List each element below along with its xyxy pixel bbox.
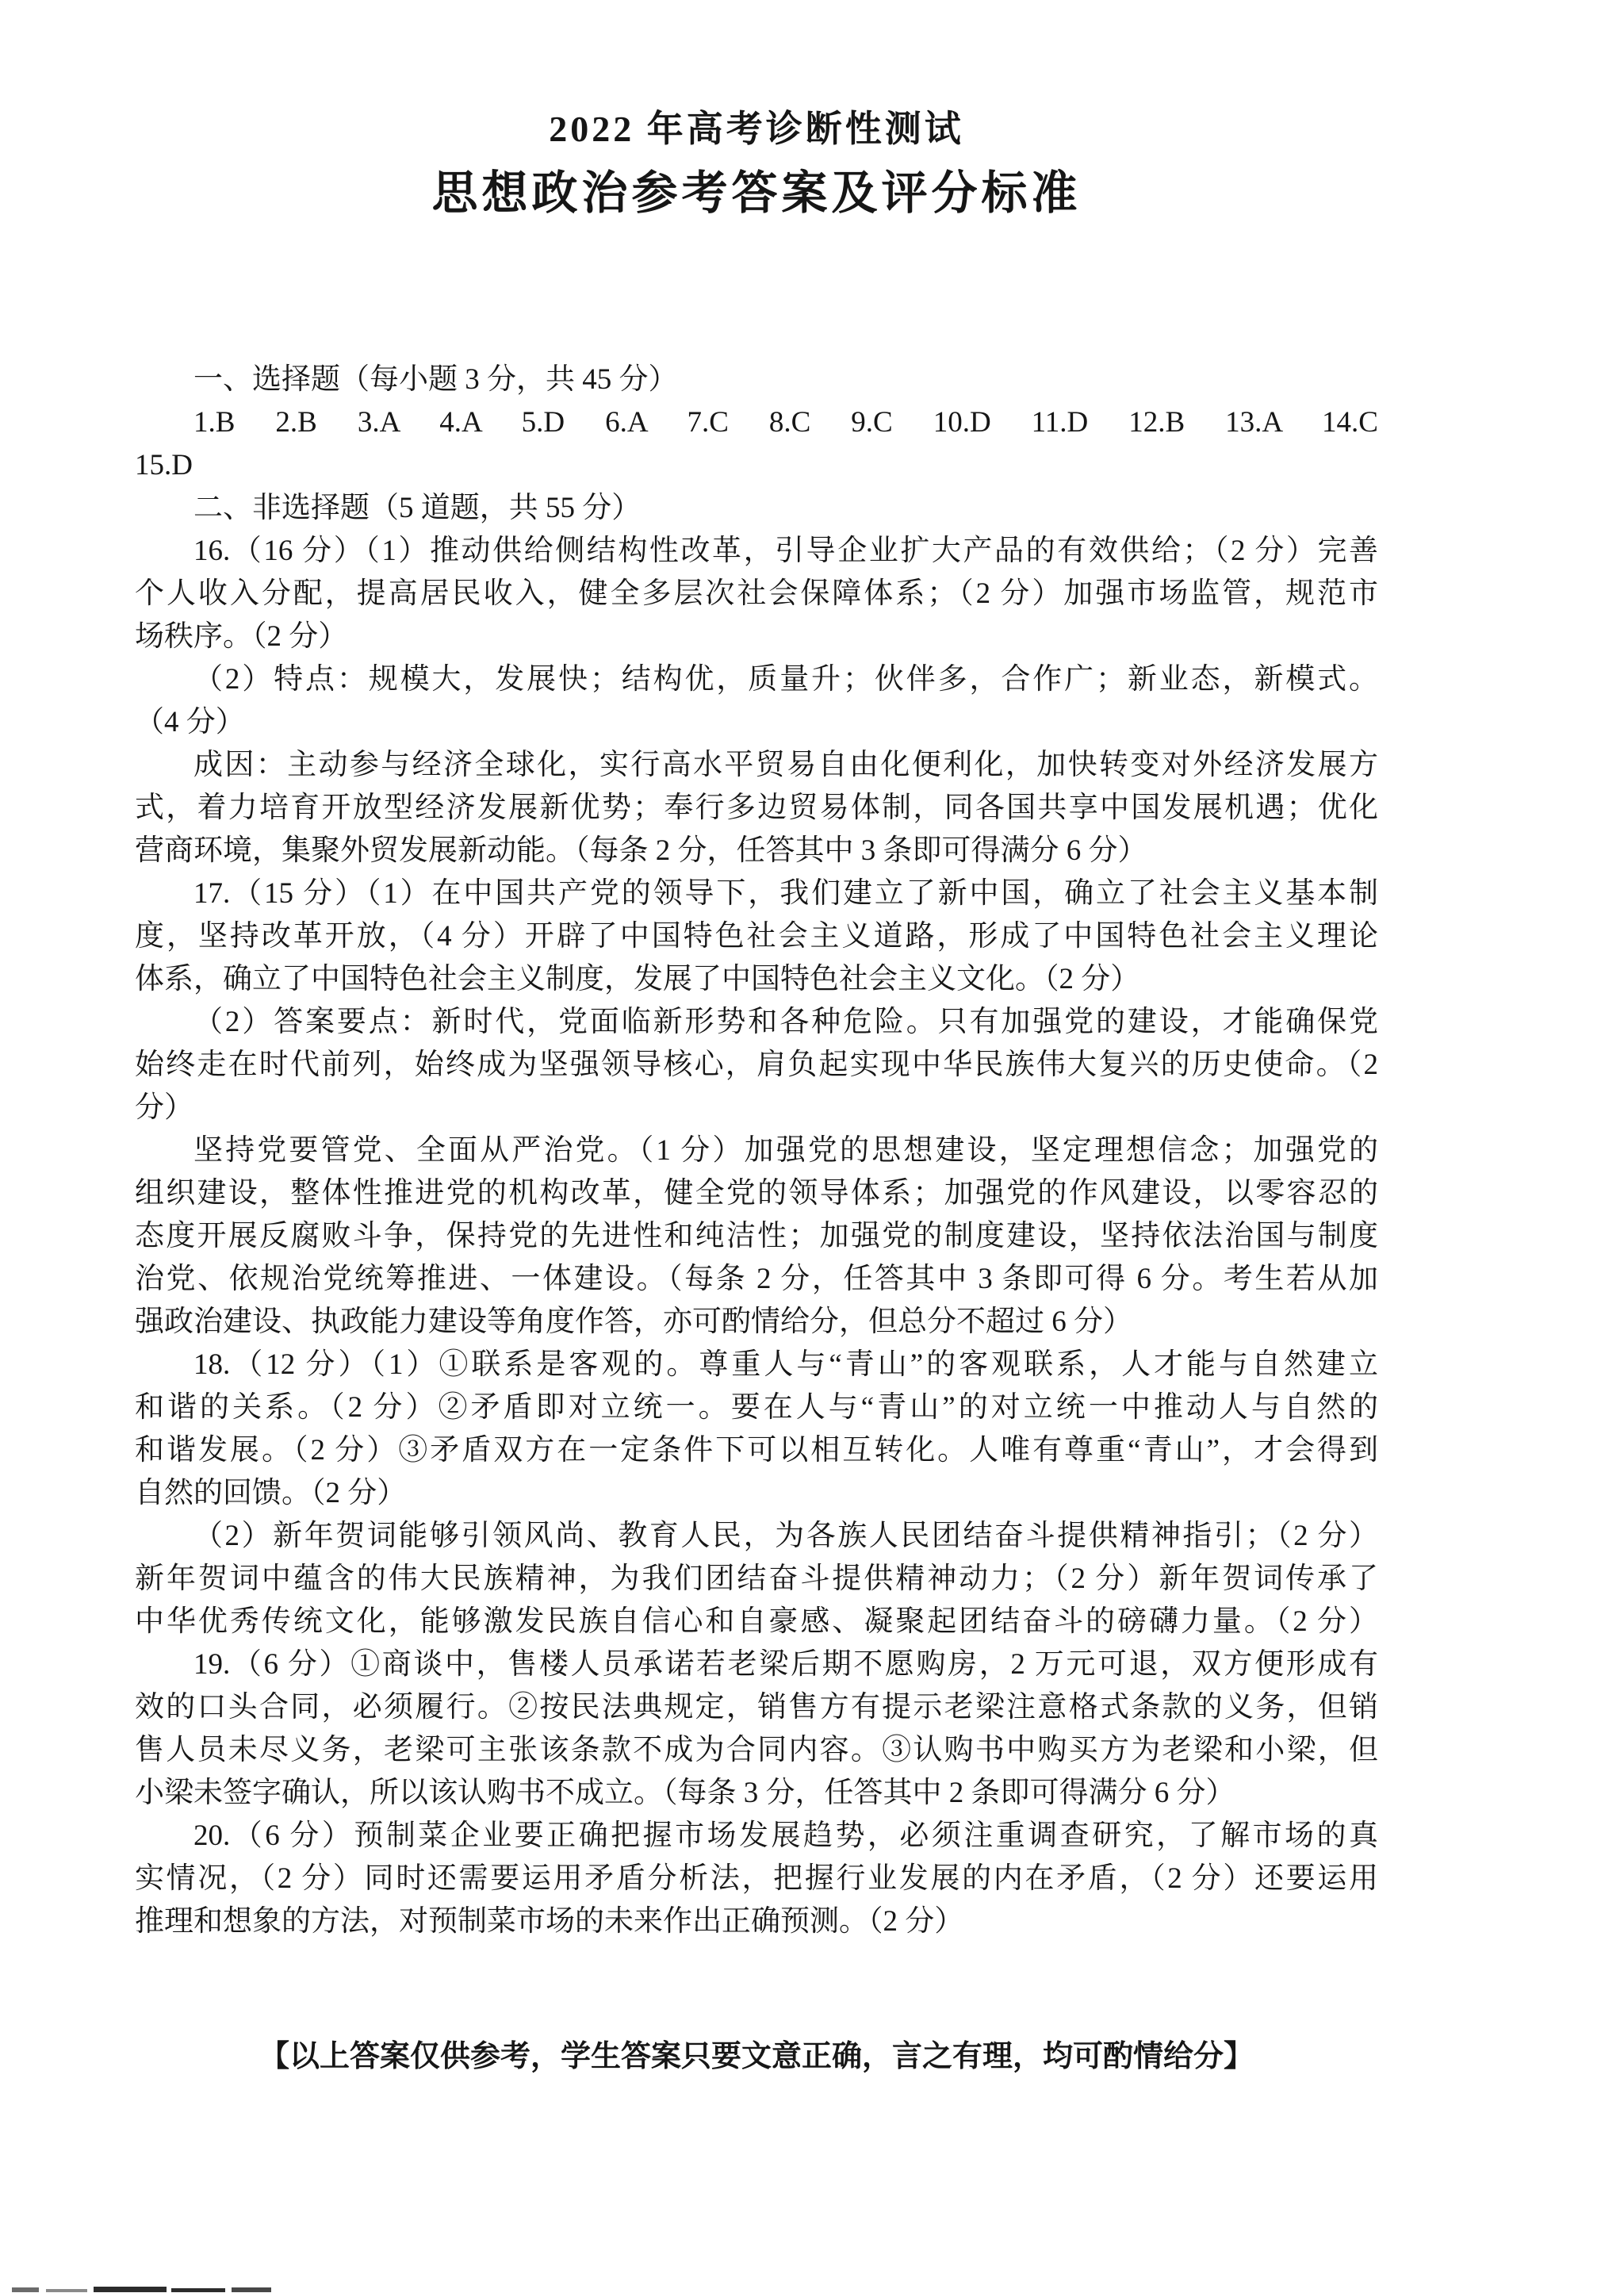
q19-line-1: 19.（6 分）①商谈中，售楼人员承诺若老梁后期不愿购房，2 万元可退，双方便形… [135, 1643, 1378, 1686]
document-body: 一、选择题（每小题 3 分，共 45 分） 1.B 2.B 3.A 4.A 5.… [135, 359, 1378, 1943]
q19-line-3: 售人员未尽义务，老梁可主张该条款不成为合同内容。③认购书中购买方为老梁和小梁，但 [135, 1729, 1378, 1772]
q16-line-7: 式，着力培育开放型经济发展新优势；奉行多边贸易体制，同各国共享中国发展机遇；优化 [135, 787, 1378, 830]
scan-artifact-segment [171, 2288, 225, 2292]
q19-line-2: 效的口头合同，必须履行。②按民法典规定，销售方有提示老梁注意格式条款的义务，但销 [135, 1686, 1378, 1729]
q18-line-4: 自然的回馈。（2 分） [135, 1472, 1378, 1515]
q17-line-11: 强政治建设、执政能力建设等角度作答，亦可酌情给分，但总分不超过 6 分） [135, 1301, 1378, 1344]
q17-line-10: 治党、依规治党统筹推进、一体建设。（每条 2 分，任答其中 3 条即可得 6 分… [135, 1258, 1378, 1301]
scan-artifact-segment [232, 2287, 271, 2292]
q20-line-3: 推理和想象的方法，对预制菜市场的未来作出正确预测。（2 分） [135, 1900, 1378, 1943]
q18-line-5: （2）新年贺词能够引领风尚、教育人民，为各族人民团结奋斗提供精神指引；（2 分） [135, 1515, 1378, 1558]
q17-line-9: 态度开展反腐败斗争，保持党的先进性和纯洁性；加强党的制度建设，坚持依法治国与制度 [135, 1215, 1378, 1258]
document-subtitle: 思想政治参考答案及评分标准 [135, 155, 1378, 222]
section-nonchoice-heading: 二、非选择题（5 道题，共 55 分） [135, 487, 1378, 530]
q16-line-8: 营商环境，集聚外贸发展新动能。（每条 2 分，任答其中 3 条即可得满分 6 分… [135, 830, 1378, 872]
scan-artifact-segment [46, 2289, 87, 2292]
q16-line-4: （2）特点：规模大，发展快；结构优，质量升；伙伴多，合作广；新业态，新模式。 [135, 658, 1378, 701]
q18-line-3: 和谐发展。（2 分）③矛盾双方在一定条件下可以相互转化。人唯有尊重“青山”，才会… [135, 1429, 1378, 1472]
q18-line-2: 和谐的关系。（2 分）②矛盾即对立统一。要在人与“青山”的对立统一中推动人与自然… [135, 1386, 1378, 1429]
q17-line-1: 17.（15 分）（1）在中国共产党的领导下，我们建立了新中国，确立了社会主义基… [135, 872, 1378, 915]
choice-answers-row: 1.B 2.B 3.A 4.A 5.D 6.A 7.C 8.C 9.C 10.D… [135, 401, 1378, 444]
q20-line-2: 实情况，（2 分）同时还需要运用矛盾分析法，把握行业发展的内在矛盾，（2 分）还… [135, 1858, 1378, 1900]
document-title: 2022 年高考诊断性测试 [135, 100, 1378, 152]
scan-artifact-segment [94, 2287, 167, 2292]
q17-line-6: 分） [135, 1087, 1378, 1129]
q17-line-4: （2）答案要点：新时代，党面临新形势和各种危险。只有加强党的建设，才能确保党 [135, 1001, 1378, 1044]
scan-artifact [0, 2281, 317, 2293]
footer-note: 【以上答案仅供参考，学生答案只要文意正确，言之有理，均可酌情给分】 [135, 2035, 1378, 2078]
section-choice-heading: 一、选择题（每小题 3 分，共 45 分） [135, 359, 1378, 401]
q17-line-2: 度，坚持改革开放，（4 分）开辟了中国特色社会主义道路，形成了中国特色社会主义理… [135, 915, 1378, 958]
q16-line-2: 个人收入分配，提高居民收入，健全多层次社会保障体系；（2 分）加强市场监管，规范… [135, 573, 1378, 615]
q17-line-3: 体系，确立了中国特色社会主义制度，发展了中国特色社会主义文化。（2 分） [135, 958, 1378, 1001]
q19-line-4: 小梁未签字确认，所以该认购书不成立。（每条 3 分，任答其中 2 条即可得满分 … [135, 1772, 1378, 1815]
document-page: 2022 年高考诊断性测试 思想政治参考答案及评分标准 一、选择题（每小题 3 … [0, 0, 1624, 2293]
q16-line-3: 场秩序。（2 分） [135, 615, 1378, 658]
q18-line-6: 新年贺词中蕴含的伟大民族精神，为我们团结奋斗提供精神动力；（2 分）新年贺词传承… [135, 1558, 1378, 1601]
q17-line-8: 组织建设，整体性推进党的机构改革，健全党的领导体系；加强党的作风建设，以零容忍的 [135, 1172, 1378, 1215]
scan-artifact-segment [12, 2287, 39, 2292]
q17-line-5: 始终走在时代前列，始终成为坚强领导核心，肩负起实现中华民族伟大复兴的历史使命。（… [135, 1044, 1378, 1087]
choice-answers-row-cont: 15.D [135, 444, 1378, 487]
q16-line-1: 16.（16 分）（1）推动供给侧结构性改革，引导企业扩大产品的有效供给；（2 … [135, 530, 1378, 573]
q20-line-1: 20.（6 分）预制菜企业要正确把握市场发展趋势，必须注重调查研究，了解市场的真 [135, 1815, 1378, 1858]
q16-line-6: 成因：主动参与经济全球化，实行高水平贸易自由化便利化，加快转变对外经济发展方 [135, 744, 1378, 787]
q16-line-5: （4 分） [135, 701, 1378, 744]
q17-line-7: 坚持党要管党、全面从严治党。（1 分）加强党的思想建设，坚定理想信念；加强党的 [135, 1129, 1378, 1172]
q18-line-7: 中华优秀传统文化，能够激发民族自信心和自豪感、凝聚起团结奋斗的磅礴力量。（2 分… [135, 1601, 1378, 1643]
q18-line-1: 18.（12 分）（1）①联系是客观的。尊重人与“青山”的客观联系，人才能与自然… [135, 1344, 1378, 1386]
